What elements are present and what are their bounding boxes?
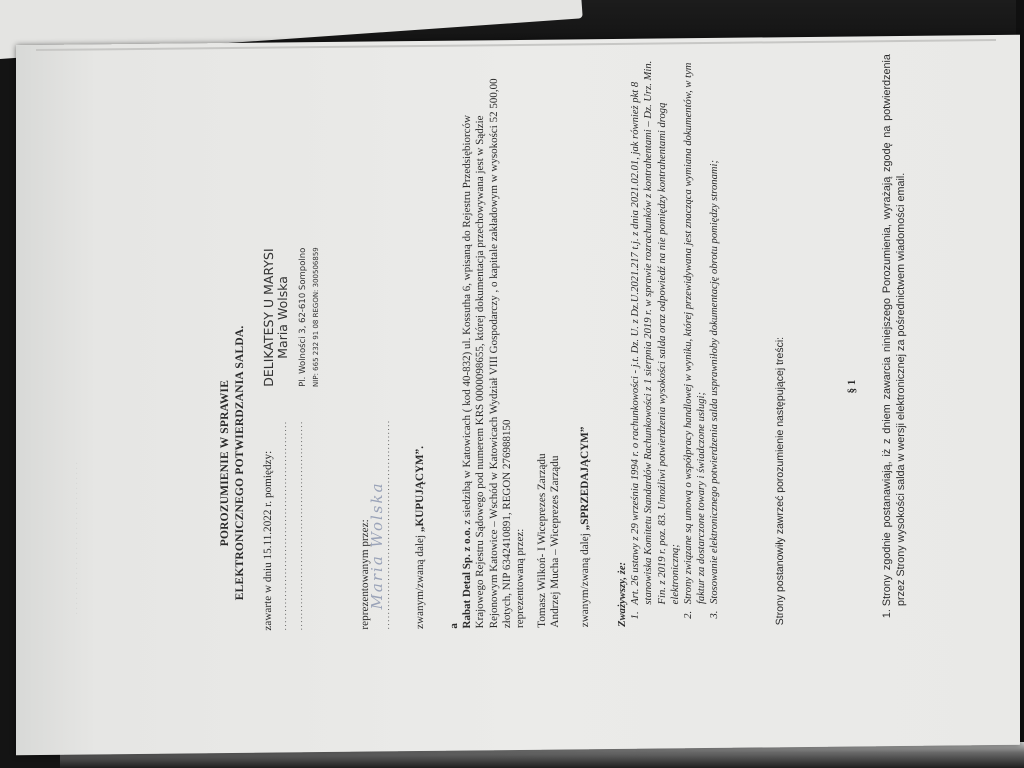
rotated-document-content: . . . . . . . . . . . . . . . . . . . . … <box>28 35 1008 745</box>
buyer-designation: zwanym/zwaną dalej „KUPUJĄCYM”. <box>413 446 427 629</box>
seller-label: „SPRZEDAJĄCYM” <box>579 427 591 531</box>
seller-name: Rabat Detal Sp. z o.o. <box>461 527 473 628</box>
stamp-address: Pl. Wolności 3, 62-610 Sompolno <box>296 202 310 432</box>
seller-represented-by: reprezentowaną przez: <box>514 68 527 628</box>
title-line-1: POROZUMIENIE W SPRAWIE <box>218 183 233 743</box>
whereas-item: Strony związane są umową o współpracy ha… <box>682 46 708 608</box>
board-members: Tomasz Wilkoń- I Wiceprezes Zarządu Andr… <box>536 453 563 628</box>
whereas-heading: Zważywszy, że: <box>616 47 629 627</box>
whereas-item: Stosowanie elektronicznego potwierdzenia… <box>708 46 721 608</box>
board-member: Tomasz Wilkoń- I Wiceprezes Zarządu <box>536 453 549 627</box>
whereas-clauses: Zważywszy, że: Art. 26 ustawy z 29 wrześ… <box>616 46 722 627</box>
document-title: POROZUMIENIE W SPRAWIE ELEKTRONICZNEGO P… <box>218 183 248 743</box>
section-1-body: Strony zgodnie postanawiają, iż z dniem … <box>880 54 908 624</box>
whereas-item: Art. 26 ustawy z 29 września 1994 r. o r… <box>629 46 682 609</box>
stamp-tax-ids: NIP: 665 232 91 08 REGON: 300506859 <box>310 202 322 432</box>
board-member: Andrzej Mucha – Wiceprezes Zarządu <box>549 453 562 627</box>
signature-line: ........................................… <box>372 69 390 629</box>
conjunction: a <box>448 69 461 629</box>
buyer-representation: reprezentowanym przez: .................… <box>358 69 390 629</box>
agreement-intro: Strony postanowiły zawrzeć porozumienie … <box>773 337 787 625</box>
bleed-through-text: . . . . . . . . . . . . . . . . . . . . … <box>68 462 82 615</box>
stamp-company-name: DELIKATESY U MARYSI <box>261 203 276 433</box>
buyer-company-stamp: DELIKATESY U MARYSI Maria Wolska Pl. Wol… <box>261 202 322 433</box>
seller-description: Rabat Detal Sp. z o.o. z siedzibą w Kato… <box>461 68 514 629</box>
section-mark: § 1 <box>845 36 859 736</box>
seller-block: a Rabat Detal Sp. z o.o. z siedzibą w Ka… <box>448 68 527 629</box>
title-line-2: ELEKTRONICZNEGO POTWIERDZANIA SALDA. <box>233 183 248 743</box>
buyer-label-prefix: zwanym/zwaną dalej <box>414 532 426 629</box>
handwritten-signature: Maria Wolska <box>370 481 384 609</box>
seller-label-prefix: zwanym/zwaną dalej <box>579 530 591 627</box>
seller-designation: zwanym/zwaną dalej „SPRZEDAJĄCYM” <box>578 427 592 628</box>
paragraph-item: Strony zgodnie postanawiają, iż z dniem … <box>880 54 908 606</box>
stamp-owner-name: Maria Wolska <box>276 202 290 432</box>
document-page: . . . . . . . . . . . . . . . . . . . . … <box>16 35 1020 756</box>
buyer-label: „KUPUJĄCYM”. <box>414 446 426 532</box>
